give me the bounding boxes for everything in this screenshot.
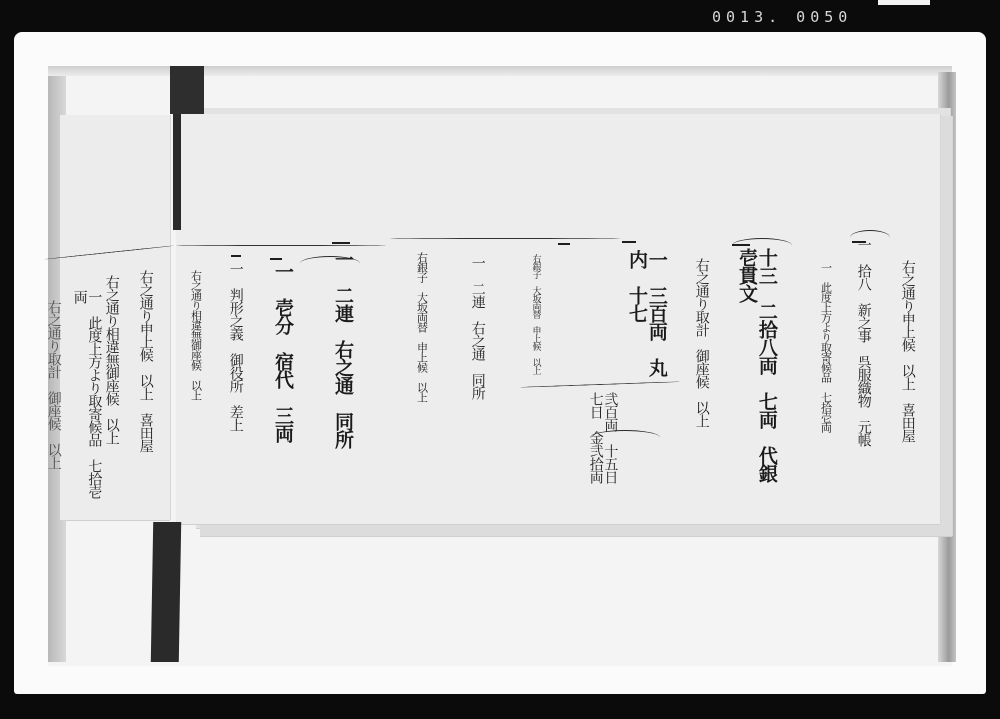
text-column: 右銀子 大坂両替 申上候 以上: [530, 254, 539, 384]
clamp-bar: [170, 66, 204, 114]
text-column: 一 拾八 新之事 呉服織物 元帳: [856, 238, 871, 488]
film-frame-number: 0013. 0050: [712, 8, 852, 26]
text-column: 一 此度上方より取寄候品 七拾壱両: [820, 262, 832, 502]
text-column: 弐百両 十五日 七日 金弐拾両: [588, 392, 617, 502]
fold-line-main-2: [390, 238, 620, 239]
text-column: 右之通り相違無御座候 以上: [104, 275, 119, 500]
film-edge-marker: [878, 0, 930, 5]
item-mark: [622, 241, 636, 243]
text-column: 右之通り申上候 以上 喜田屋: [138, 270, 153, 500]
item-mark: [270, 258, 282, 260]
text-column: 一 壱分 宿代 三両: [272, 262, 292, 502]
item-mark: [558, 243, 570, 245]
item-mark: [332, 242, 350, 244]
text-column: 十三 二拾八両 七両 代銀 壱貫文: [736, 248, 776, 508]
text-column: 右之通り相違無御座候 以上: [190, 270, 202, 500]
item-mark: [732, 244, 750, 246]
text-column: 右之通り申上候 以上 喜田屋: [900, 260, 915, 470]
text-column: 一 三百両 丸 内 十七: [626, 250, 666, 390]
text-column: 右銀子 大坂両替 申上候 以上: [416, 252, 428, 502]
text-column: 一 二連 右之通 同所: [470, 256, 485, 506]
clamp-rod-lower: [151, 522, 181, 662]
fold-line-main-1: [176, 245, 386, 246]
text-column: 右之通り取計 御座候 以上: [694, 258, 709, 498]
text-column: 一 二連 右之通 同所: [332, 250, 352, 480]
clamp-rod: [173, 114, 181, 230]
text-column: 右之通り取計 御座候 以上: [46, 300, 61, 500]
text-column: 一 此度上方より取寄候品 七拾壱両: [72, 290, 101, 500]
text-column: 一 判形之義 御役所 差上: [228, 262, 243, 502]
item-mark: [231, 255, 241, 257]
